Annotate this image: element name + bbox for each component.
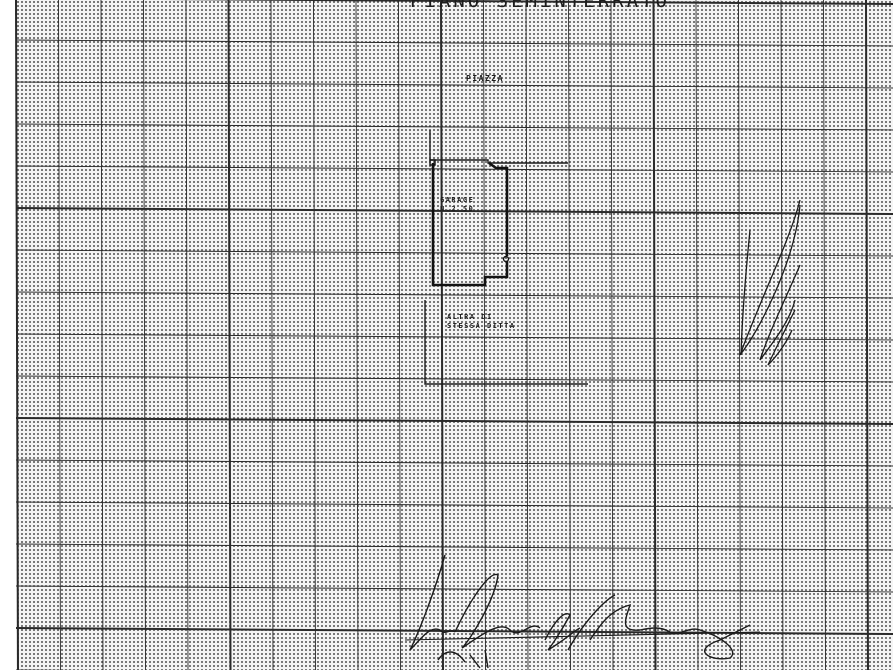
garage-label: GARAGE <box>440 196 474 204</box>
garage-number-label: N.2 50 <box>440 205 474 213</box>
signature <box>405 555 760 668</box>
floor-plan-drawing <box>0 0 893 670</box>
other-property-label: ALTRA DI <box>447 313 493 321</box>
other-property-owner-label: STESSA DITTA <box>447 322 516 330</box>
plan-heading: PIANO SEMINTERRATO <box>410 0 670 12</box>
piazza-label: PIAZZA <box>466 74 504 83</box>
initials-mark <box>740 200 800 365</box>
graph-grid <box>16 0 893 670</box>
